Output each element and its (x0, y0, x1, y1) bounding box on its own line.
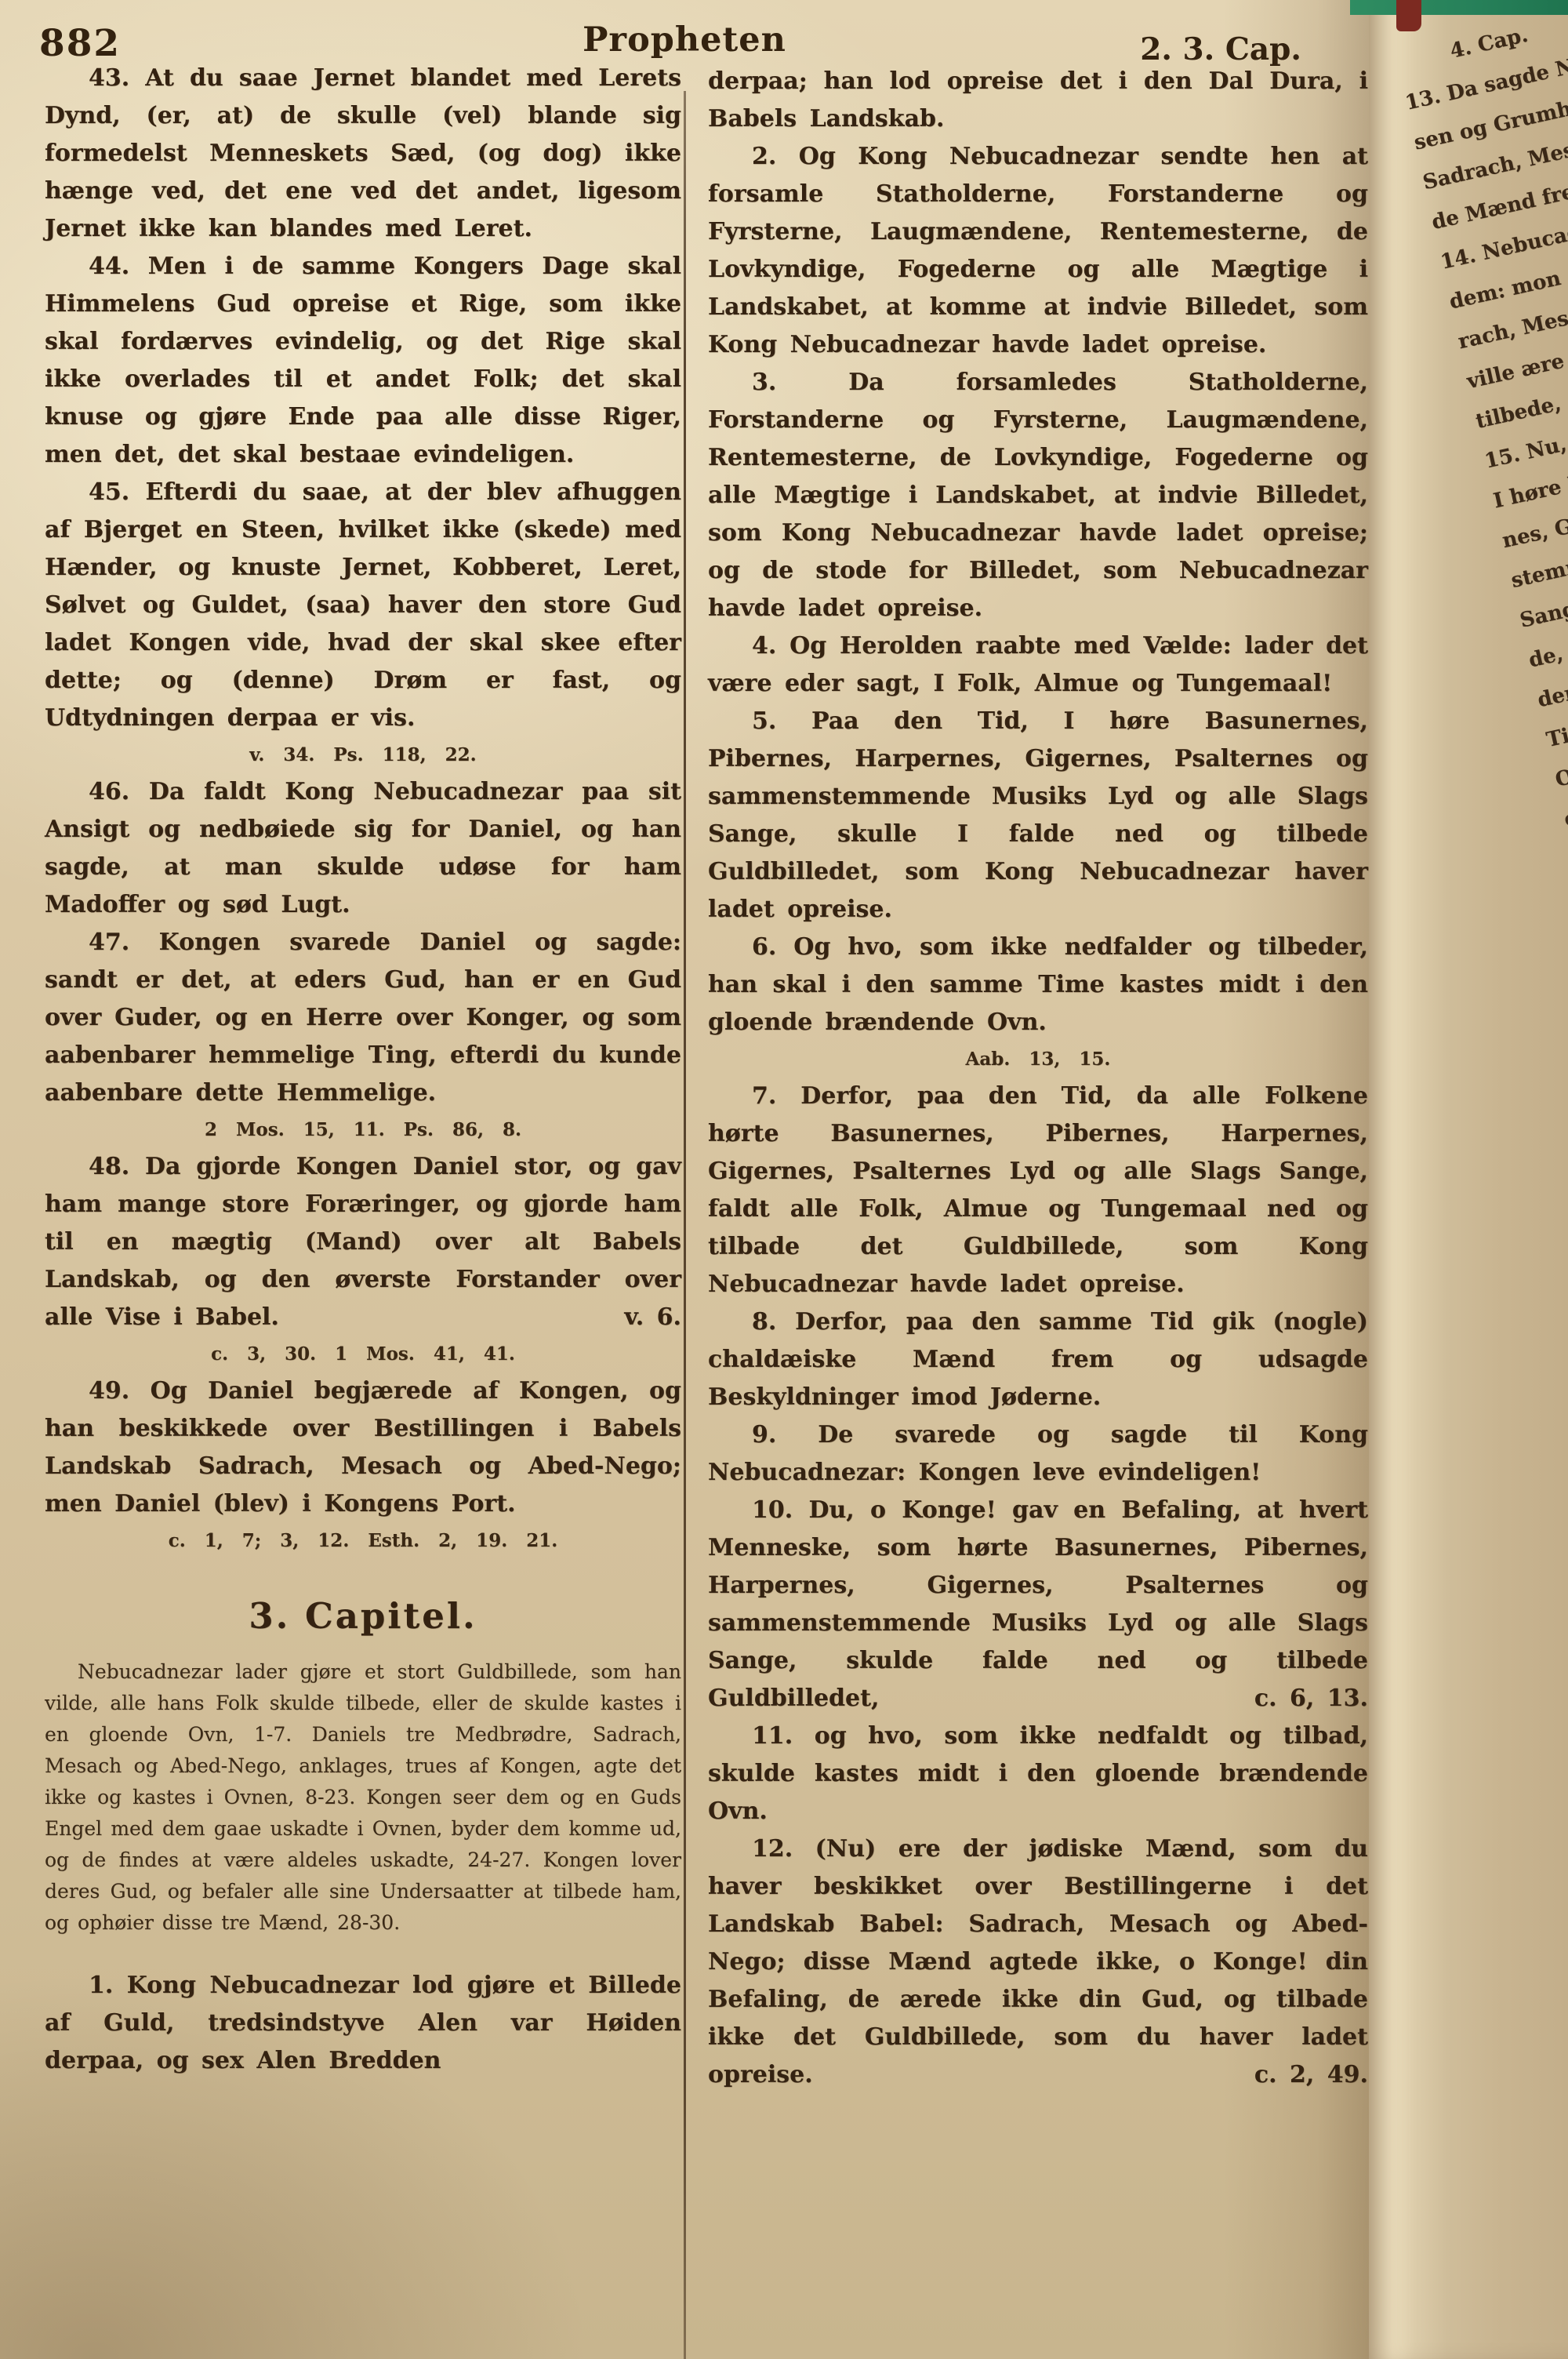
verse-3-10-text: 10. Du, o Konge! gav en Befaling, at hve… (708, 1496, 1368, 1712)
chapter-heading: 3. Capitel. (45, 1592, 681, 1641)
verse-3-3: 3. Da forsamledes Statholderne, Forstand… (708, 364, 1368, 627)
next-page-edge: 4. Cap.13. Da sagde Nebsen og Grumhed, a… (1369, 0, 1568, 2359)
verse-3-11: 11. og hvo, som ikke nedfaldt og tilbad,… (708, 1717, 1368, 1830)
verse-3-2: 2. Og Kong Nebucadnezar sendte hen at fo… (708, 138, 1368, 364)
verse-3-6: 6. Og hvo, som ikke nedfalder og tilbede… (708, 929, 1368, 1041)
verse-3-12-text: 12. (Nu) ere der jødiske Mænd, som du ha… (708, 1835, 1368, 2088)
verse-3-9: 9. De svarede og sagde til Kong Nebucadn… (708, 1416, 1368, 1492)
verse-2-48: 48. Da gjorde Kongen Daniel stor, og gav… (45, 1148, 681, 1336)
crossref-after-45: v. 34. Ps. 118, 22. (45, 737, 681, 773)
verse-3-12: 12. (Nu) ere der jødiske Mænd, som du ha… (708, 1830, 1368, 2094)
verse-2-43: 43. At du saae Jernet blandet med Lerets… (45, 60, 681, 248)
verse-2-44: 44. Men i de samme Kongers Dage skal Him… (45, 248, 681, 474)
verse-2-48-endref: v. 6. (580, 1299, 681, 1336)
book-page: 882 Propheten 2. 3. Cap. 43. At du saae … (0, 0, 1369, 2359)
crossref-after-47: 2 Mos. 15, 11. Ps. 86, 8. (45, 1112, 681, 1148)
crossref-after-48: c. 3, 30. 1 Mos. 41, 41. (45, 1336, 681, 1372)
verse-3-4: 4. Og Herolden raabte med Vælde: lader d… (708, 627, 1368, 703)
column-divider-rule (684, 91, 686, 2359)
next-page-text: 4. Cap.13. Da sagde Nebsen og Grumhed, a… (1392, 0, 1568, 2354)
verse-2-47: 47. Kongen svarede Daniel og sagde: sand… (45, 924, 681, 1112)
verse-3-1-continuation: derpaa; han lod opreise det i den Dal Du… (708, 63, 1368, 138)
right-column: derpaa; han lod opreise det i den Dal Du… (708, 63, 1368, 2094)
desk-surface (1350, 0, 1568, 15)
verse-3-10: 10. Du, o Konge! gav en Befaling, at hve… (708, 1492, 1368, 1717)
left-column: 43. At du saae Jernet blandet med Lerets… (45, 60, 681, 2080)
verse-2-49: 49. Og Daniel begjærede af Kongen, og ha… (45, 1372, 681, 1523)
chapter-summary: Nebucadnezar lader gjøre et stort Guldbi… (45, 1656, 681, 1939)
book-cover-edge (1396, 0, 1421, 31)
verse-3-5: 5. Paa den Tid, I høre Basunernes, Piber… (708, 703, 1368, 929)
verse-2-45: 45. Efterdi du saae, at der blev afhugge… (45, 474, 681, 737)
verse-3-7: 7. Derfor, paa den Tid, da alle Folkene … (708, 1078, 1368, 1303)
verse-3-1: 1. Kong Nebucadnezar lod gjøre et Billed… (45, 1967, 681, 2080)
verse-3-12-endref: c. 2, 49. (1210, 2056, 1368, 2094)
verse-3-10-endref: c. 6, 13. (1210, 1680, 1368, 1717)
crossref-after-49: c. 1, 7; 3, 12. Esth. 2, 19. 21. (45, 1523, 681, 1559)
crossref-after-6: Aab. 13, 15. (708, 1041, 1368, 1078)
verse-2-46: 46. Da faldt Kong Nebucadnezar paa sit A… (45, 773, 681, 924)
verse-3-8: 8. Derfor, paa den samme Tid gik (nogle)… (708, 1303, 1368, 1416)
